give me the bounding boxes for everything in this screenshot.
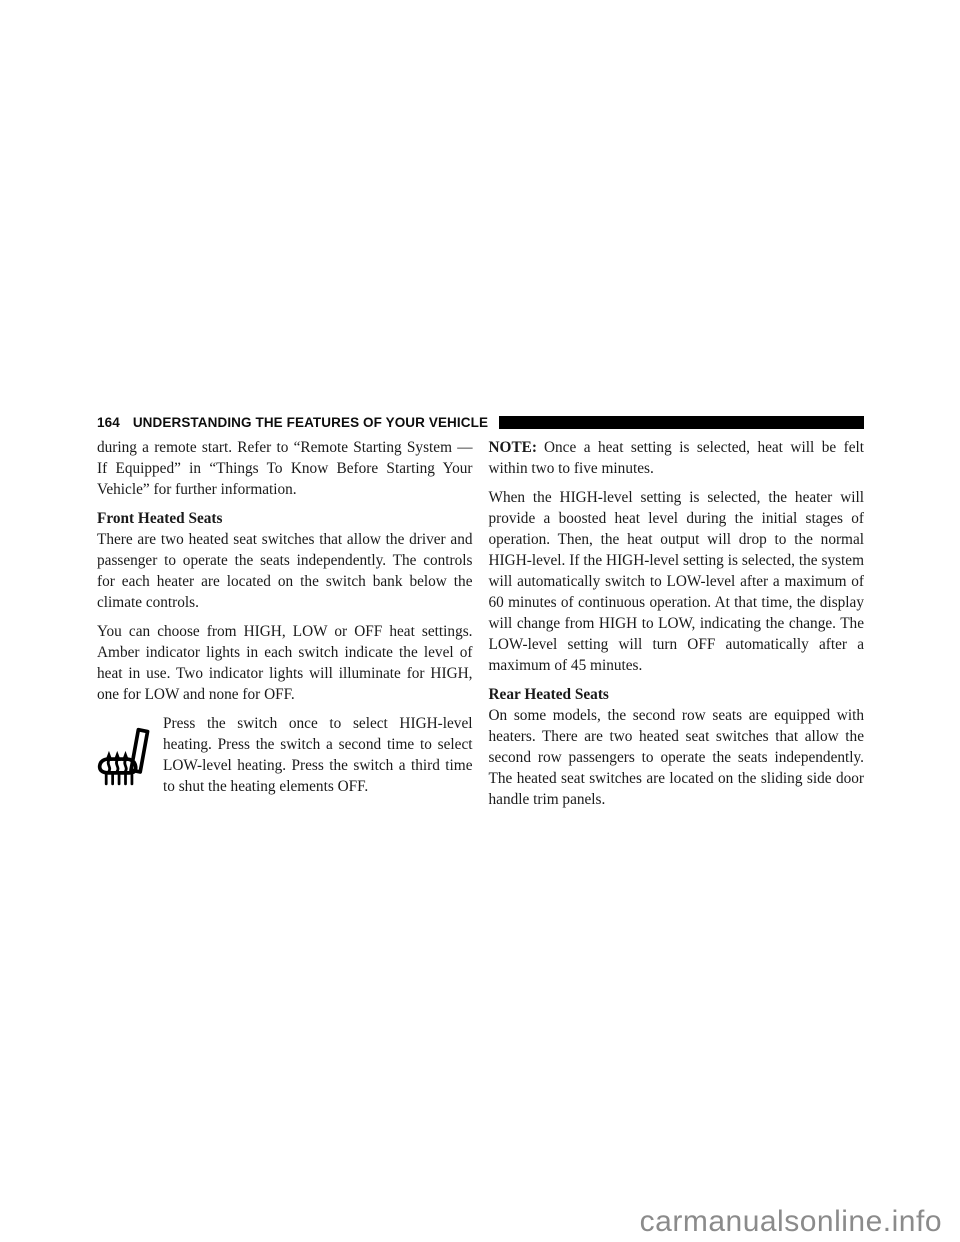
heading-front-heated-seats: Front Heated Seats <box>97 509 473 530</box>
paragraph-heat-settings: You can choose from HIGH, LOW or OFF hea… <box>97 622 473 706</box>
note-paragraph: NOTE:Once a heat setting is selected, he… <box>489 438 865 480</box>
left-column: during a remote start. Refer to “Remote … <box>97 438 473 819</box>
heading-rear-heated-seats: Rear Heated Seats <box>489 685 865 706</box>
page-number: 164 <box>97 415 120 430</box>
watermark: carmanualsonline.info <box>640 1207 942 1237</box>
note-label: NOTE: <box>489 439 537 456</box>
page-header: 164 UNDERSTANDING THE FEATURES OF YOUR V… <box>97 415 864 430</box>
paragraph-rear-seats: On some models, the second row seats are… <box>489 706 865 811</box>
paragraph-remote-start: during a remote start. Refer to “Remote … <box>97 438 473 501</box>
heated-seat-icon <box>97 714 154 798</box>
paragraph-front-switches: There are two heated seat switches that … <box>97 530 473 614</box>
page-title: UNDERSTANDING THE FEATURES OF YOUR VEHIC… <box>133 415 488 430</box>
header-rule <box>499 416 864 429</box>
page-body: during a remote start. Refer to “Remote … <box>97 438 864 819</box>
manual-page: 164 UNDERSTANDING THE FEATURES OF YOUR V… <box>0 0 960 1242</box>
right-column: NOTE:Once a heat setting is selected, he… <box>489 438 865 819</box>
note-text: Once a heat setting is selected, heat wi… <box>489 439 865 477</box>
heated-seat-instruction-block: Press the switch once to select HIGH-lev… <box>97 714 473 806</box>
paragraph-high-level: When the HIGH-level setting is selected,… <box>489 488 865 676</box>
paragraph-press-switch: Press the switch once to select HIGH-lev… <box>163 714 473 798</box>
